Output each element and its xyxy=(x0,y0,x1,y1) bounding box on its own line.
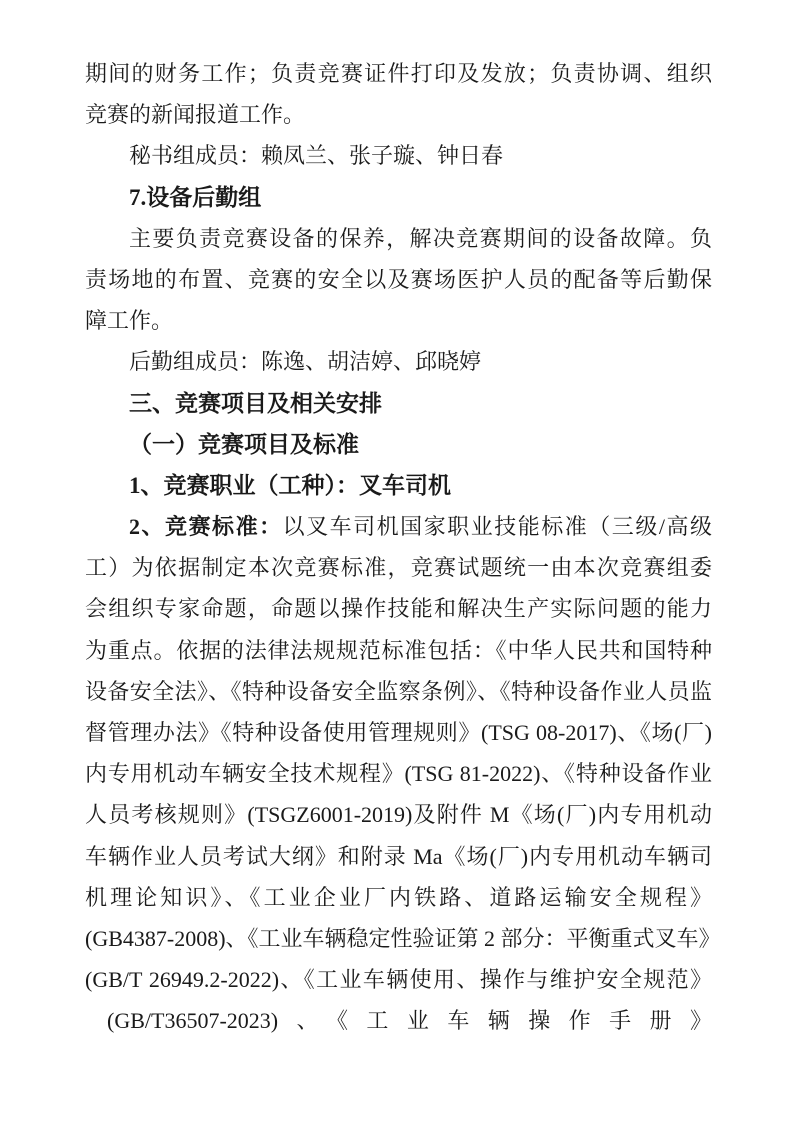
document-text-block: 期间的财务工作；负责竞赛证件打印及发放；负责协调、组织竞赛的新闻报道工作。秘书组… xyxy=(85,53,712,1042)
text-segment: 工）为依据制定本次竞赛标准，竞赛试题统一由本次竞赛组委 xyxy=(85,555,712,580)
text-segment: 为重点。依据的法律法规规范标准包括：《中华人民共和国特种 xyxy=(85,638,712,663)
text-line: (GB/T36507-2023)、《工业车辆操作手册》 xyxy=(85,1000,712,1041)
text-line: 内专用机动车辆安全技术规程》(TSG 81-2022)、《特种设备作业 xyxy=(85,753,712,794)
text-line: 2、竞赛标准：以叉车司机国家职业技能标准（三级/高级 xyxy=(85,506,712,547)
text-line: 责场地的布置、竞赛的安全以及赛场医护人员的配备等后勤保 xyxy=(85,259,712,300)
text-segment: 主要负责竞赛设备的保养，解决竞赛期间的设备故障。负 xyxy=(129,226,712,251)
text-segment: 后勤组成员：陈逸、胡洁婷、邱晓婷 xyxy=(129,349,481,374)
bold-text-segment: 7.设备后勤组 xyxy=(129,185,261,210)
text-line: 督管理办法》《特种设备使用管理规则》(TSG 08-2017)、《场(厂) xyxy=(85,712,712,753)
text-segment: 以叉车司机国家职业技能标准（三级/高级 xyxy=(283,514,712,539)
heading-line: 三、竞赛项目及相关安排 xyxy=(85,383,712,424)
text-segment: 期间的财务工作；负责竞赛证件打印及发放；负责协调、组织 xyxy=(85,61,712,86)
text-segment: 秘书组成员：赖凤兰、张子璇、钟日春 xyxy=(129,143,503,168)
text-segment: 机理论知识》、《工业企业厂内铁路、道路运输安全规程》 xyxy=(85,885,712,910)
heading-line: （一）竞赛项目及标准 xyxy=(85,424,712,465)
text-line: 机理论知识》、《工业企业厂内铁路、道路运输安全规程》 xyxy=(85,877,712,918)
text-segment: (GB/T 26949.2-2022)、《工业车辆使用、操作与维护安全规范》 xyxy=(85,967,712,992)
text-line: 主要负责竞赛设备的保养，解决竞赛期间的设备故障。负 xyxy=(85,218,712,259)
text-segment: 设备安全法》、《特种设备安全监察条例》、《特种设备作业人员监 xyxy=(85,679,712,704)
heading-line: 7.设备后勤组 xyxy=(85,177,712,218)
text-segment: 竞赛的新闻报道工作。 xyxy=(85,102,305,127)
text-line: 为重点。依据的法律法规规范标准包括：《中华人民共和国特种 xyxy=(85,630,712,671)
text-segment: 责场地的布置、竞赛的安全以及赛场医护人员的配备等后勤保 xyxy=(85,267,712,292)
document-page: 期间的财务工作；负责竞赛证件打印及发放；负责协调、组织竞赛的新闻报道工作。秘书组… xyxy=(0,0,793,1121)
text-segment: 会组织专家命题，命题以操作技能和解决生产实际问题的能力 xyxy=(85,596,712,621)
text-segment: 内专用机动车辆安全技术规程》(TSG 81-2022)、《特种设备作业 xyxy=(85,761,712,786)
text-segment: 督管理办法》《特种设备使用管理规则》(TSG 08-2017)、《场(厂) xyxy=(85,720,712,745)
text-line: 会组织专家命题，命题以操作技能和解决生产实际问题的能力 xyxy=(85,588,712,629)
bold-text-segment: 1、竞赛职业（工种）：叉车司机 xyxy=(129,473,451,498)
text-line: 人员考核规则》(TSGZ6001-2019)及附件 M《场(厂)内专用机动 xyxy=(85,794,712,835)
text-line: 竞赛的新闻报道工作。 xyxy=(85,94,712,135)
text-line: 秘书组成员：赖凤兰、张子璇、钟日春 xyxy=(85,135,712,176)
text-segment: (GB4387-2008)、《工业车辆稳定性验证第 2 部分：平衡重式叉车》 xyxy=(85,926,721,951)
text-segment: 车辆作业人员考试大纲》和附录 Ma《场(厂)内专用机动车辆司 xyxy=(85,844,712,869)
bold-text-segment: 2、竞赛标准： xyxy=(129,514,283,539)
text-line: 期间的财务工作；负责竞赛证件打印及发放；负责协调、组织 xyxy=(85,53,712,94)
bold-text-segment: 三、竞赛项目及相关安排 xyxy=(129,390,382,416)
bold-text-segment: （一）竞赛项目及标准 xyxy=(129,432,359,457)
text-line: 设备安全法》、《特种设备安全监察条例》、《特种设备作业人员监 xyxy=(85,671,712,712)
text-line: 工）为依据制定本次竞赛标准，竞赛试题统一由本次竞赛组委 xyxy=(85,547,712,588)
text-line: (GB4387-2008)、《工业车辆稳定性验证第 2 部分：平衡重式叉车》 xyxy=(85,918,712,959)
heading-line: 1、竞赛职业（工种）：叉车司机 xyxy=(85,465,712,506)
text-line: 车辆作业人员考试大纲》和附录 Ma《场(厂)内专用机动车辆司 xyxy=(85,836,712,877)
text-line: (GB/T 26949.2-2022)、《工业车辆使用、操作与维护安全规范》 xyxy=(85,959,712,1000)
text-segment: 障工作。 xyxy=(85,308,173,333)
text-segment: 人员考核规则》(TSGZ6001-2019)及附件 M《场(厂)内专用机动 xyxy=(85,802,712,827)
text-segment: (GB/T36507-2023)、《工业车辆操作手册》 xyxy=(107,1008,712,1033)
text-line: 障工作。 xyxy=(85,300,712,341)
text-line: 后勤组成员：陈逸、胡洁婷、邱晓婷 xyxy=(85,341,712,382)
